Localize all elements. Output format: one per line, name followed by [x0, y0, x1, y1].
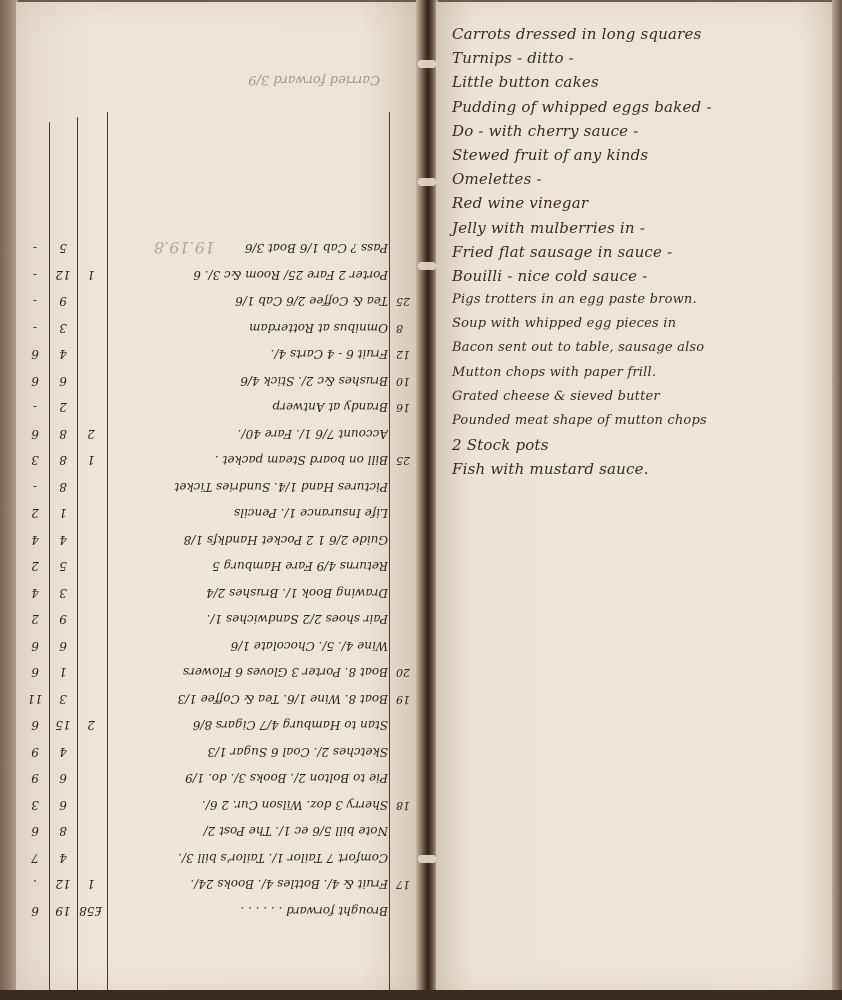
pence: - [24, 289, 46, 315]
pence: 6 [24, 713, 46, 739]
pence: 6 [24, 368, 46, 394]
pence: 9 [24, 766, 46, 792]
shillings: 8 [50, 421, 76, 447]
ledger-row: 20Boat 8. Porter 3 Gloves 6 Flowers16 [16, 659, 420, 686]
ledger-row: Guide 2/6 1 2 Pocket Handkfs 1/844 [16, 527, 420, 554]
shillings: 9 [50, 607, 76, 633]
description: Pair shoes 2/2 Sandwiches 1/. [118, 607, 388, 633]
ledger-row: Life Insurance 1/. Pencils12 [16, 500, 420, 527]
ledger-row: 19Boat 8. Wine 1/6. Tea & Coffee 1/3311 [16, 686, 420, 713]
ledger-row: Pair shoes 2/2 Sandwiches 1/.92 [16, 606, 420, 633]
shillings: 9 [50, 289, 76, 315]
ledger-row: Pie to Bolton 2/. Books 3/. do. 1/969 [16, 765, 420, 792]
shillings: 15 [50, 713, 76, 739]
shillings: 4 [50, 527, 76, 553]
description: Bill on board Steam packet . [118, 448, 388, 474]
description: Guide 2/6 1 2 Pocket Handkfs 1/8 [118, 527, 388, 553]
description: Life Insurance 1/. Pencils [118, 501, 388, 527]
pencil-heading: Carried forward 3/9 [248, 72, 380, 87]
account-ledger: Carried forward 3/9 19.19.8 Brought forw… [16, 2, 420, 992]
dish-list: Carrots dressed in long squares Turnips … [452, 22, 832, 482]
ledger-row: 18Sherry 3 doz. Wilson Cur. 2 6/.63 [16, 792, 420, 819]
shillings: 12 [50, 872, 76, 898]
shillings: 4 [50, 845, 76, 871]
shillings: 1 [50, 660, 76, 686]
description: Brandy at Antwerp [118, 395, 388, 421]
pence: 2 [24, 607, 46, 633]
dish-line: Fried flat sausage in sauce - [452, 240, 832, 264]
pounds: 2 [80, 421, 102, 447]
ledger-row: Stan to Hamburg 4/7 Cigars 8/62156 [16, 712, 420, 739]
ledger-row: Pass ? Cab 1/6 Boat 3/65- [16, 235, 420, 262]
day: 10 [396, 368, 416, 394]
day: 16 [396, 395, 416, 421]
shillings: 5 [50, 554, 76, 580]
pence: 2 [24, 501, 46, 527]
shillings: 2 [50, 395, 76, 421]
pence: 7 [24, 845, 46, 871]
ledger-row: Sketches 2/. Coal 6 Sugar 1/349 [16, 739, 420, 766]
description: Tea & Coffee 2/6 Cab 1/6 [118, 289, 388, 315]
dish-line: Omelettes - [452, 167, 832, 191]
pence: 6 [24, 819, 46, 845]
dish-line: Bacon sent out to table, sausage also [452, 336, 832, 360]
shillings: 8 [50, 474, 76, 500]
dish-line: Pudding of whipped eggs baked - [452, 95, 832, 119]
dish-line: Do - with cherry sauce - [452, 119, 832, 143]
dish-line: Mutton chops with paper frill. [452, 361, 832, 385]
pence: 6 [24, 633, 46, 659]
pence: 4 [24, 580, 46, 606]
pence: - [24, 236, 46, 262]
day: 17 [396, 872, 416, 898]
binding-thread [418, 262, 436, 270]
description: Stan to Hamburg 4/7 Cigars 8/6 [118, 713, 388, 739]
dish-line: Stewed fruit of any kinds [452, 143, 832, 167]
ledger-row: Porter 2 Fare 25/ Room &c 3/. 6112- [16, 262, 420, 289]
pence: 3 [24, 792, 46, 818]
shillings: 12 [50, 262, 76, 288]
shillings: 8 [50, 448, 76, 474]
description: Account 7/6 1/. Fare 40/. [118, 421, 388, 447]
pence: 2 [24, 554, 46, 580]
book-cover-right-edge [832, 0, 842, 1000]
description: Comfort 7 Tailor 1/. Tailor's bill 3/. [118, 845, 388, 871]
shillings: 5 [50, 236, 76, 262]
pounds: 1 [80, 262, 102, 288]
shillings: 6 [50, 792, 76, 818]
description: Pass ? Cab 1/6 Boat 3/6 [118, 236, 388, 262]
description: Porter 2 Fare 25/ Room &c 3/. 6 [118, 262, 388, 288]
ledger-row: Brought forward . . . . . .£58196 [16, 898, 420, 925]
description: Boat 8. Porter 3 Gloves 6 Flowers [118, 660, 388, 686]
day: 20 [396, 660, 416, 686]
dish-line: 2 Stock pots [452, 433, 832, 457]
description: Wine 4/. 5/. Chocolate 1/6 [118, 633, 388, 659]
description: Brought forward . . . . . . [118, 898, 388, 924]
ledger-row: Returns 4/9 Fare Hamburg 552 [16, 553, 420, 580]
description: Pictures Hand 1/4. Sundries Ticket [118, 474, 388, 500]
shillings: 4 [50, 739, 76, 765]
description: Pie to Bolton 2/. Books 3/. do. 1/9 [118, 766, 388, 792]
dish-line: Pigs trotters in an egg paste brown. [452, 288, 832, 312]
ledger-rows: Brought forward . . . . . .£58196 17Frui… [16, 235, 420, 924]
dish-line: Pounded meat shape of mutton chops [452, 409, 832, 433]
pence: 11 [24, 686, 46, 712]
pence: 3 [24, 448, 46, 474]
ledger-row: 25Bill on board Steam packet .183 [16, 447, 420, 474]
pence: - [24, 315, 46, 341]
ledger-row: Comfort 7 Tailor 1/. Tailor's bill 3/.47 [16, 845, 420, 872]
ledger-row: 12Fruit 6 - 4 Carts 4/.46 [16, 341, 420, 368]
shillings: 19 [50, 898, 76, 924]
description: Fruit 6 - 4 Carts 4/. [118, 342, 388, 368]
pence: 6 [24, 660, 46, 686]
binding-thread [418, 855, 436, 863]
pounds: 2 [80, 713, 102, 739]
pounds: 1 [80, 872, 102, 898]
ledger-row: Note bill 5/6 ec 1/. The Post 2/86 [16, 818, 420, 845]
pence: 9 [24, 739, 46, 765]
book-bottom-edge [0, 990, 842, 1000]
shillings: 8 [50, 819, 76, 845]
day: 12 [396, 342, 416, 368]
day: 25 [396, 448, 416, 474]
description: Sketches 2/. Coal 6 Sugar 1/3 [118, 739, 388, 765]
pence: 6 [24, 898, 46, 924]
dish-line: Red wine vinegar [452, 191, 832, 215]
day: 18 [396, 792, 416, 818]
ledger-row: Drawing Book 1/. Brushes 2/434 [16, 580, 420, 607]
pence: 6 [24, 342, 46, 368]
binding-thread [418, 60, 436, 68]
description: Brushes &c 2/. Stick 4/6 [118, 368, 388, 394]
ledger-row: 25Tea & Coffee 2/6 Cab 1/69- [16, 288, 420, 315]
dish-line: Jelly with mulberries in - [452, 216, 832, 240]
ledger-row: 17Fruit & 4/. Bottles 4/. Books 24/.112. [16, 871, 420, 898]
description: Sherry 3 doz. Wilson Cur. 2 6/. [118, 792, 388, 818]
book-spine-gutter [416, 0, 438, 1000]
ledger-row: 10Brushes &c 2/. Stick 4/666 [16, 368, 420, 395]
dish-line: Turnips - ditto - [452, 46, 832, 70]
shillings: 6 [50, 766, 76, 792]
dish-line: Fish with mustard sauce. [452, 457, 832, 481]
pence: 6 [24, 421, 46, 447]
pounds: 1 [80, 448, 102, 474]
shillings: 6 [50, 633, 76, 659]
pence: . [24, 872, 46, 898]
description: Boat 8. Wine 1/6. Tea & Coffee 1/3 [118, 686, 388, 712]
ledger-row: Account 7/6 1/. Fare 40/.286 [16, 421, 420, 448]
binding-thread [418, 178, 436, 186]
notebook-spread: Carried forward 3/9 19.19.8 Brought forw… [0, 0, 842, 1000]
description: Drawing Book 1/. Brushes 2/4 [118, 580, 388, 606]
description: Omnibus at Rotterdam [118, 315, 388, 341]
ledger-row: 8Omnibus at Rotterdam3- [16, 315, 420, 342]
shillings: 3 [50, 315, 76, 341]
shillings: 4 [50, 342, 76, 368]
dish-line: Grated cheese & sieved butter [452, 385, 832, 409]
description: Returns 4/9 Fare Hamburg 5 [118, 554, 388, 580]
day: 19 [396, 686, 416, 712]
day: 25 [396, 289, 416, 315]
dish-line: Little button cakes [452, 70, 832, 94]
description: Note bill 5/6 ec 1/. The Post 2/ [118, 819, 388, 845]
pence: - [24, 474, 46, 500]
dish-line: Bouilli - nice cold sauce - [452, 264, 832, 288]
shillings: 3 [50, 580, 76, 606]
ledger-row: Wine 4/. 5/. Chocolate 1/666 [16, 633, 420, 660]
ledger-row: Pictures Hand 1/4. Sundries Ticket8- [16, 474, 420, 501]
pence: - [24, 395, 46, 421]
shillings: 1 [50, 501, 76, 527]
pence: 4 [24, 527, 46, 553]
shillings: 6 [50, 368, 76, 394]
dish-line: Carrots dressed in long squares [452, 22, 832, 46]
day: 8 [396, 315, 416, 341]
description: Fruit & 4/. Bottles 4/. Books 24/. [118, 872, 388, 898]
ledger-row: 16Brandy at Antwerp2- [16, 394, 420, 421]
dish-line: Soup with whipped egg pieces in [452, 312, 832, 336]
pounds: £58 [80, 898, 102, 924]
pence: - [24, 262, 46, 288]
shillings: 3 [50, 686, 76, 712]
